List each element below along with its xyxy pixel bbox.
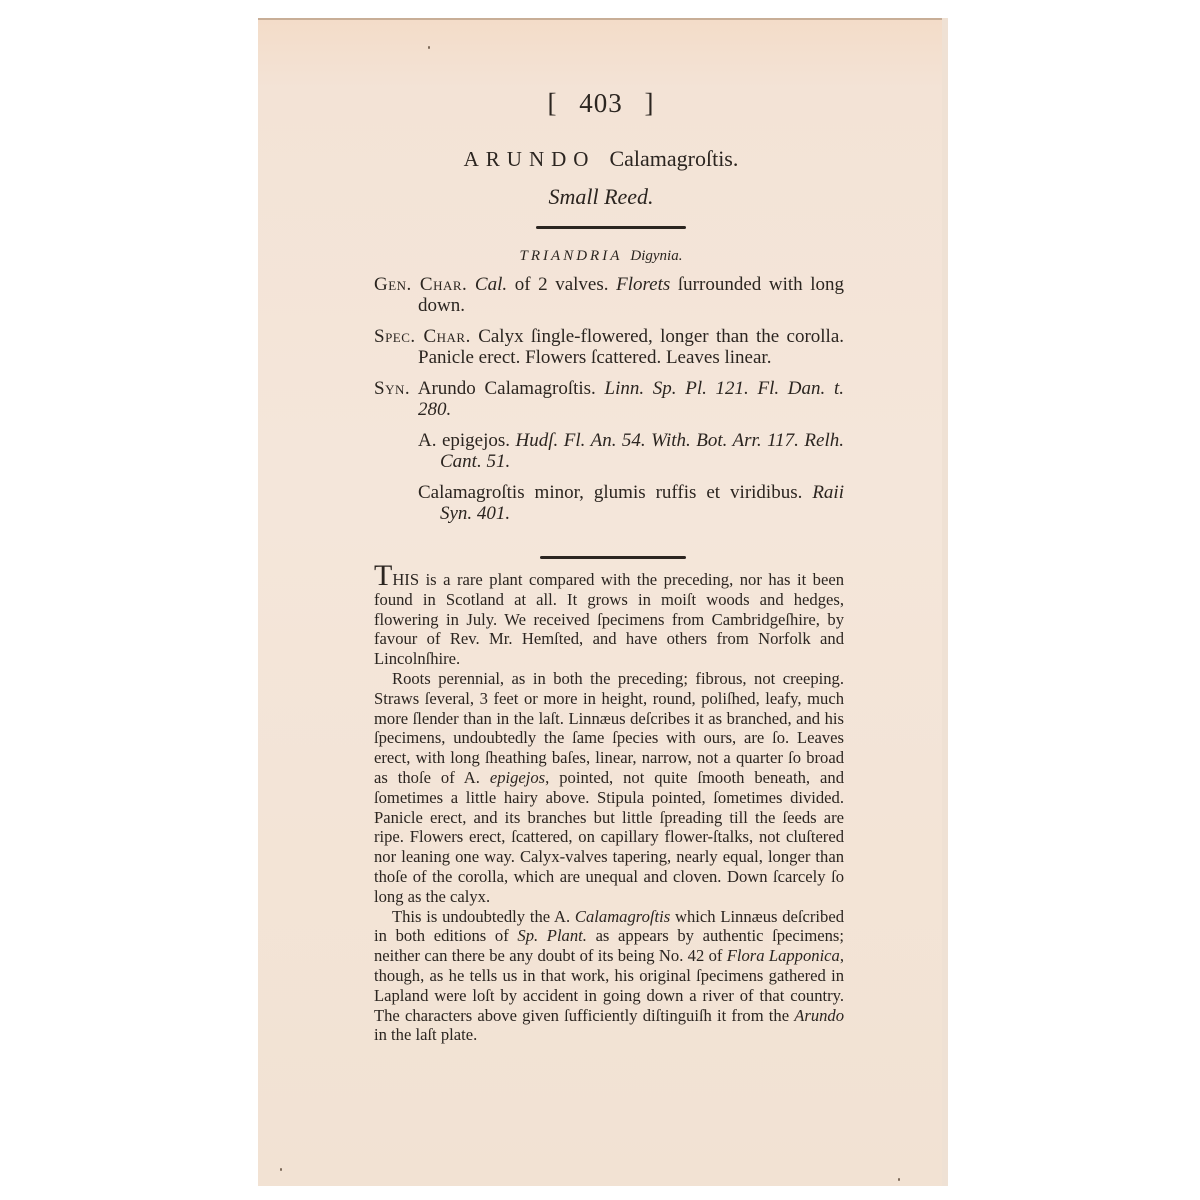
order-name: Digynia. — [630, 248, 682, 264]
spec-char-text: Calyx ſingle-flowered, longer than the c… — [418, 326, 844, 368]
paper-speck — [280, 1168, 282, 1171]
drop-cap: T — [374, 559, 392, 592]
divider-rule — [540, 556, 686, 559]
class-name: TRIANDRIA — [520, 248, 623, 264]
synonym-name: A. epigejos. — [418, 430, 510, 451]
spec-char-label: Spec. Char. — [374, 326, 471, 347]
gen-char-cal: Cal. — [475, 274, 507, 295]
gen-char-florets: Florets — [616, 274, 670, 295]
specific-character: Spec. Char. Calyx ſingle-flowered, longe… — [374, 326, 844, 368]
paper-speck — [428, 46, 430, 49]
paragraph-text: , pointed, not quite ſmooth beneath, and… — [374, 768, 844, 906]
species-name: Calamagroſtis. — [609, 146, 738, 171]
characters-section: Gen. Char. Cal. of 2 valves. Florets ſur… — [374, 274, 844, 534]
italic-term: Sp. Plant. — [517, 926, 587, 945]
paragraph-text: This is undoubtedly the A. — [392, 907, 575, 926]
common-name: Small Reed. — [258, 184, 944, 210]
paper-speck — [898, 1178, 900, 1181]
paragraph-2: Roots perennial, as in both the precedin… — [374, 669, 844, 907]
species-title: ARUNDOCalamagroſtis. — [258, 146, 944, 172]
gen-char-text: of 2 valves. — [507, 274, 616, 295]
synonym-1: Syn. Arundo Calamagroſtis. Linn. Sp. Pl.… — [374, 378, 844, 420]
genus-name: ARUNDO — [464, 147, 596, 171]
book-page: [ 403 ] ARUNDOCalamagroſtis. Small Reed.… — [258, 18, 944, 1186]
italic-term: Flora Lapponica — [727, 946, 840, 965]
paragraph-caps: HIS — [392, 570, 419, 589]
italic-term: epigejos — [490, 768, 545, 787]
paragraph-1: THIS is a rare plant compared with the p… — [374, 566, 844, 669]
divider-rule — [536, 226, 686, 229]
generic-character: Gen. Char. Cal. of 2 valves. Florets ſur… — [374, 274, 844, 316]
italic-term: Calamagroſtis — [575, 907, 670, 926]
synonym-name: Arundo Calamagroſtis. — [418, 378, 596, 399]
italic-term: Arundo — [794, 1006, 844, 1025]
paragraph-text: in the laſt plate. — [374, 1025, 477, 1044]
page-number: [ 403 ] — [258, 88, 944, 119]
synonym-3: Calamagroſtis minor, glumis ruffis et vi… — [374, 482, 844, 524]
paragraph-text: is a rare plant compared with the preced… — [374, 570, 844, 668]
description-body: THIS is a rare plant compared with the p… — [374, 566, 844, 1045]
syn-label: Syn. — [374, 378, 410, 399]
gen-char-label: Gen. Char. — [374, 274, 467, 295]
synonym-2: A. epigejos. Hudſ. Fl. An. 54. With. Bot… — [374, 430, 844, 472]
synonym-name: Calamagroſtis minor, glumis ruffis et vi… — [418, 482, 802, 503]
paragraph-3: This is undoubtedly the A. Calamagroſtis… — [374, 907, 844, 1046]
linnaean-classification: TRIANDRIADigynia. — [258, 248, 944, 265]
